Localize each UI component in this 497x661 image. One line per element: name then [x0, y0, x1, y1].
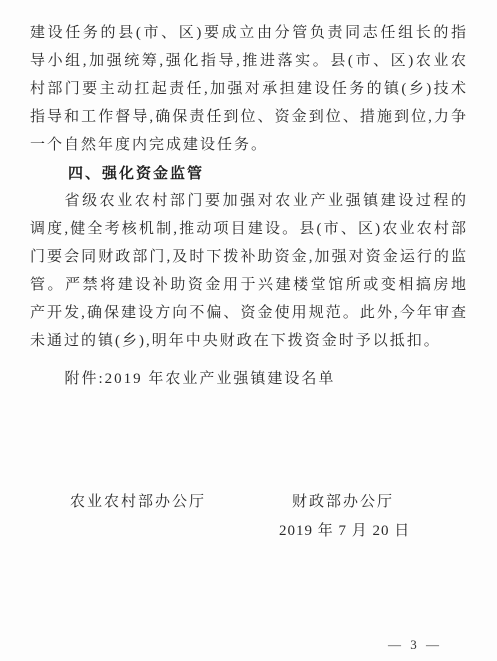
document-body: 建设任务的县(市、区)要成立由分管负责同志任组长的指导小组,加强统筹,强化指导,…	[30, 19, 468, 393]
page-number: — 3 —	[388, 637, 442, 653]
document-page: 建设任务的县(市、区)要成立由分管负责同志任组长的指导小组,加强统筹,强化指导,…	[0, 0, 497, 661]
paragraph-continuation: 建设任务的县(市、区)要成立由分管负责同志任组长的指导小组,加强统筹,强化指导,…	[30, 19, 468, 159]
section-paragraph: 省级农业农村部门要加强对农业产业强镇建设过程的调度,健全考核机制,推动项目建设。…	[30, 187, 468, 355]
signature-right: 财政部办公厅	[292, 490, 394, 511]
attachment-line: 附件:2019 年农业产业强镇建设名单	[30, 365, 468, 393]
section-heading: 四、强化资金监管	[30, 159, 468, 187]
signature-left: 农业农村部办公厅	[70, 490, 206, 511]
date-line: 2019 年 7 月 20 日	[279, 519, 410, 540]
